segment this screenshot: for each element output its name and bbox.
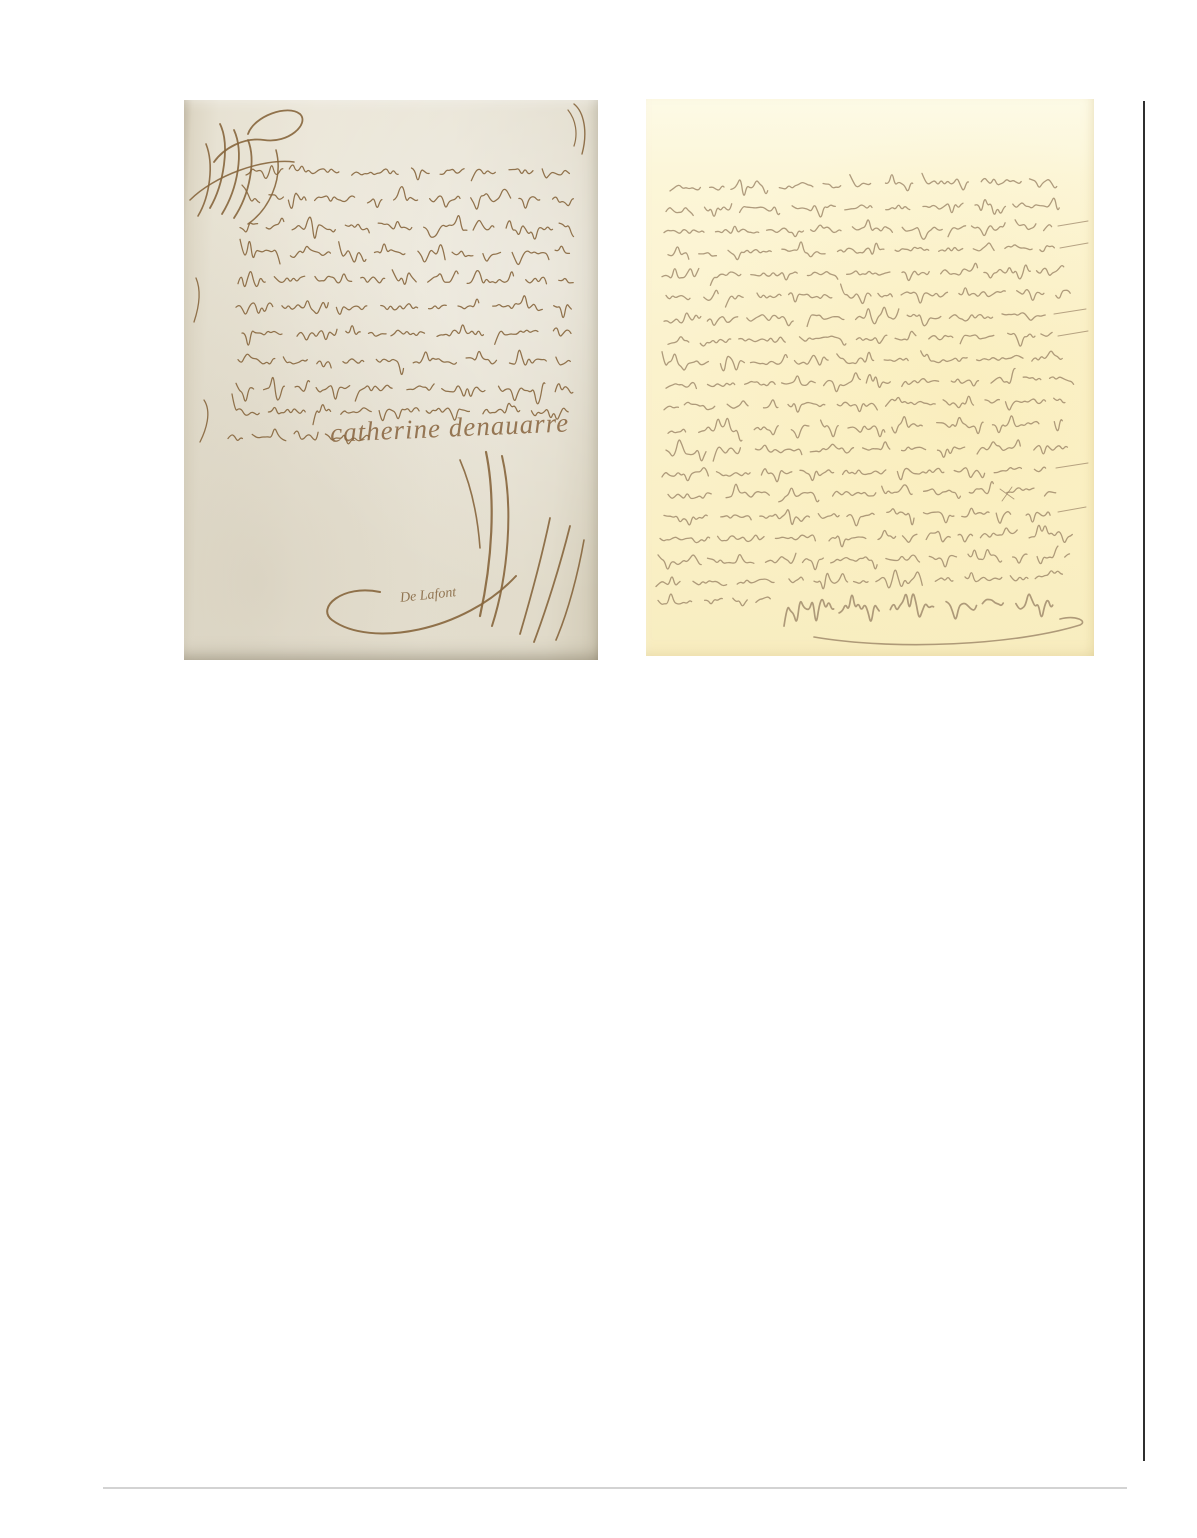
page-background: catherine denauarre De Lafont — [0, 0, 1197, 1538]
vertical-divider-line — [1143, 101, 1145, 1461]
manuscript-right — [646, 99, 1094, 656]
handwriting-left — [184, 100, 598, 660]
handwriting-right — [646, 99, 1094, 656]
manuscript-left: catherine denauarre De Lafont — [184, 100, 598, 660]
horizontal-divider-line — [103, 1487, 1127, 1489]
